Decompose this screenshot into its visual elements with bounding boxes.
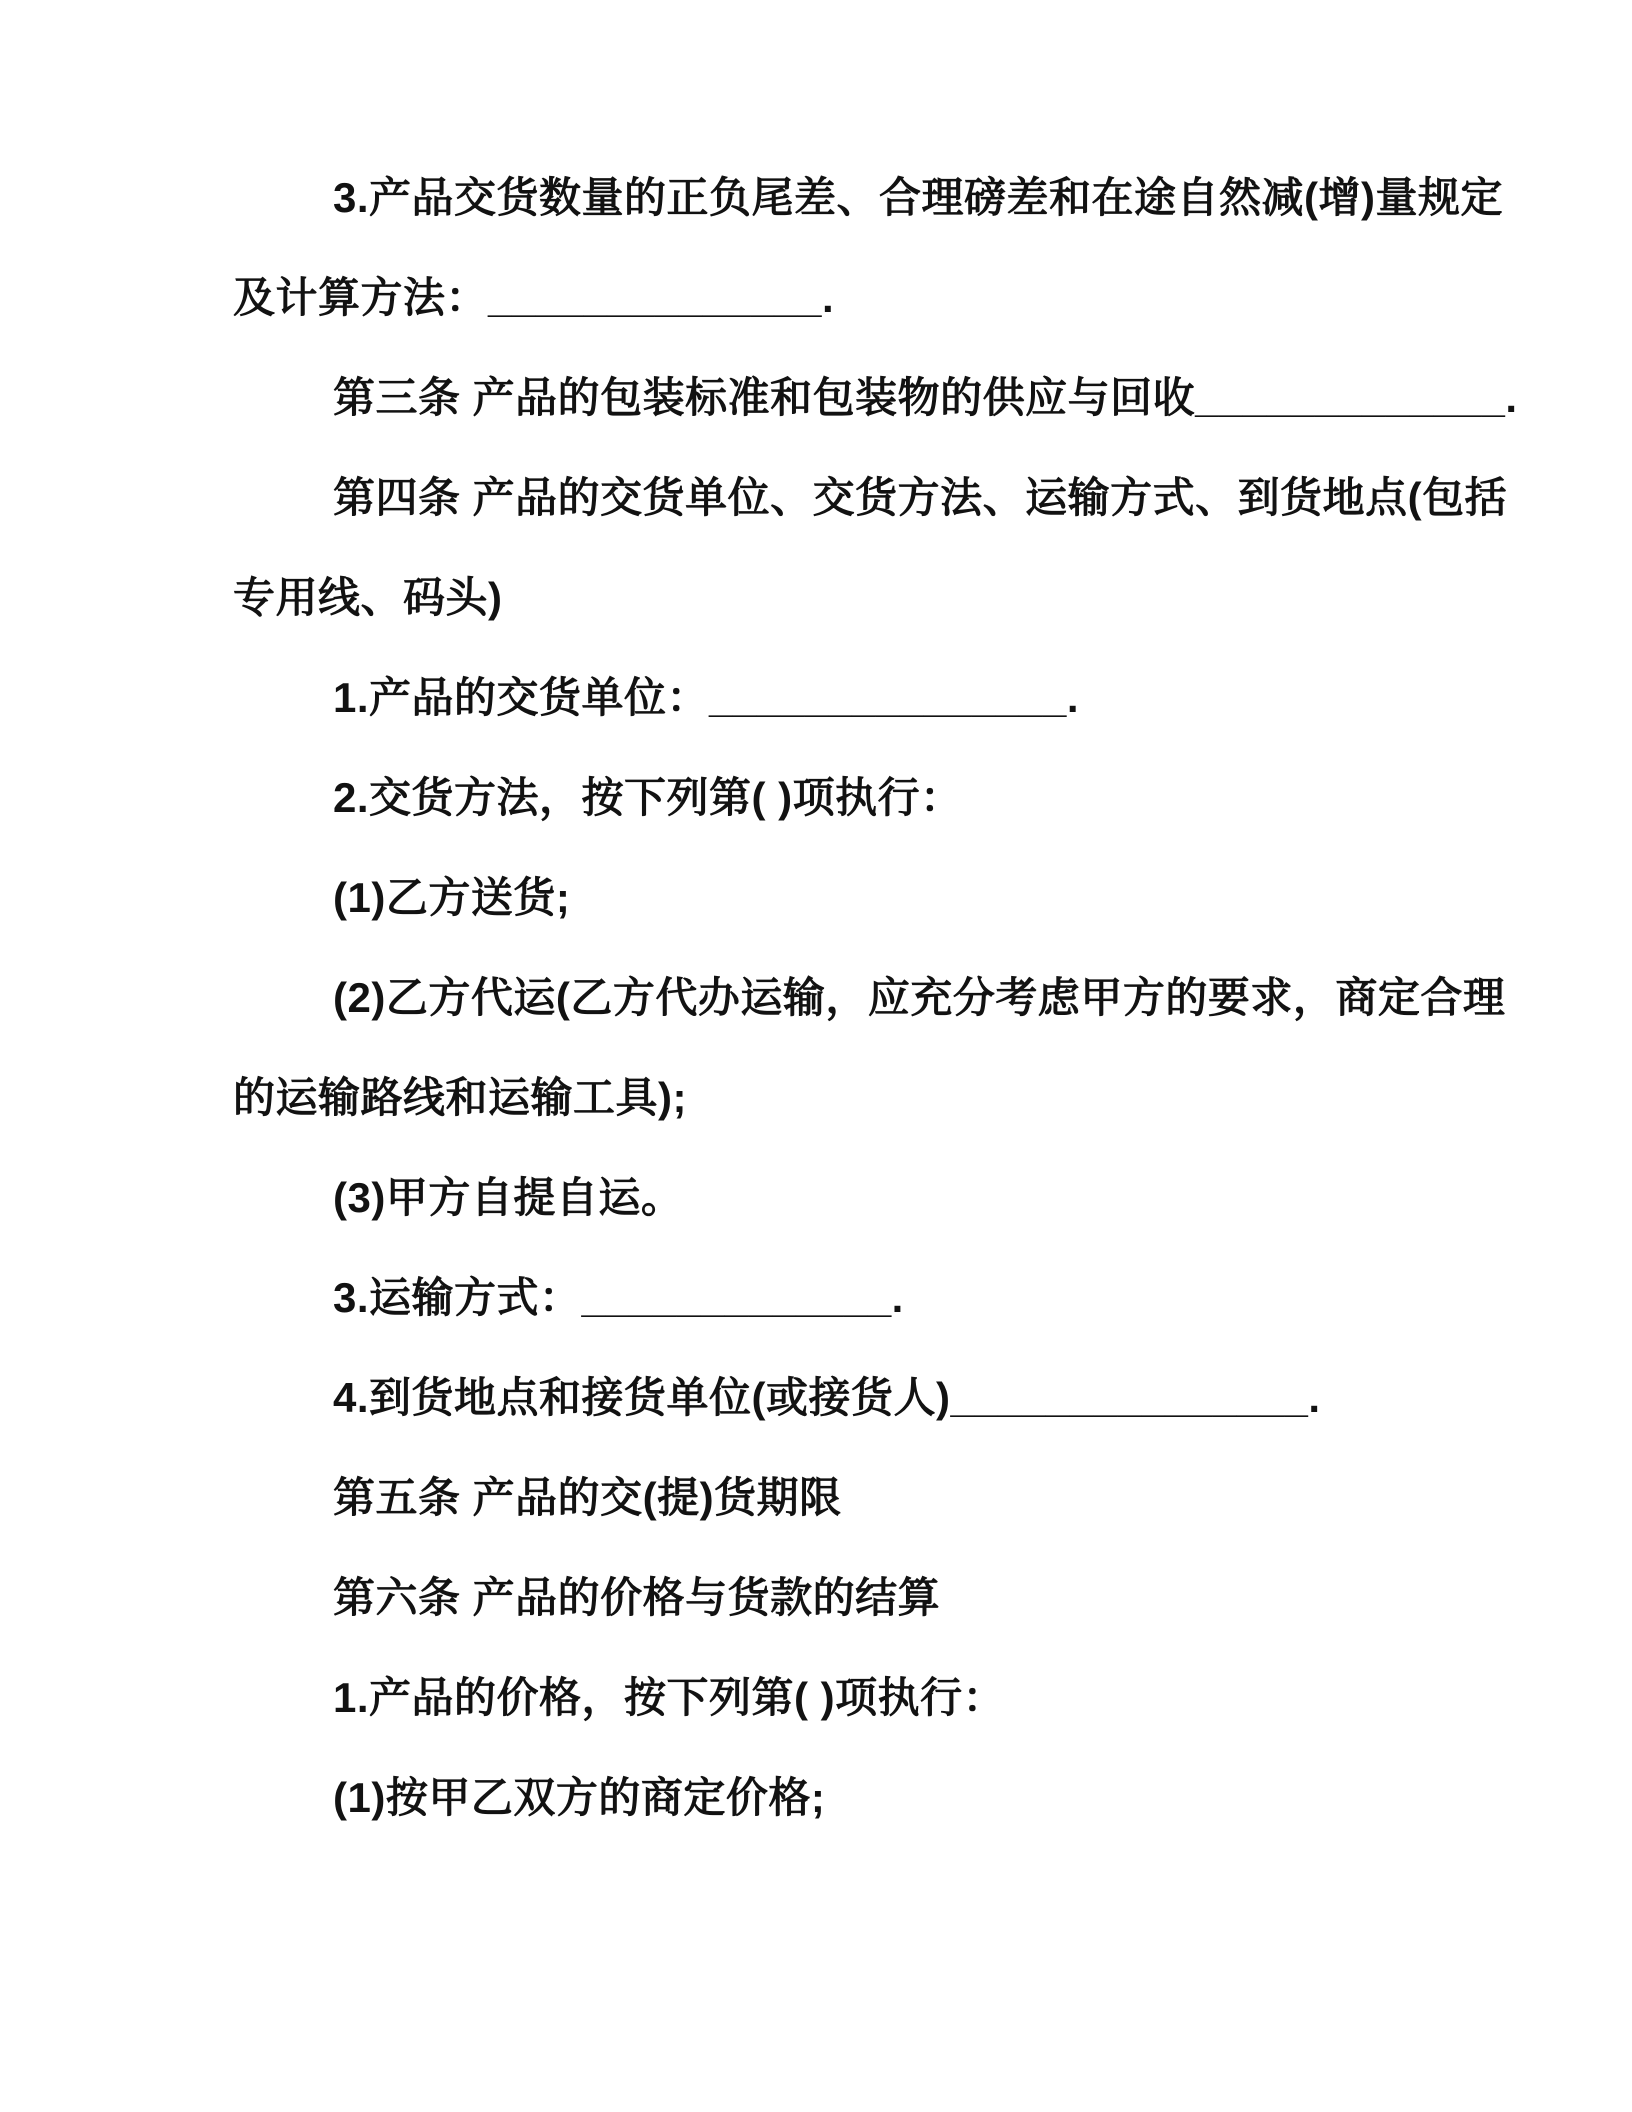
clause-4-item4-arrival-place-blank: 4.到货地点和接货单位(或接货人)_______________.: [233, 1348, 1462, 1448]
clause-tail-quantity-tolerance-line2-blank: 及计算方法：______________.: [233, 248, 1462, 348]
clause-4-item3-transport-mode-blank: 3.运输方式：_____________.: [233, 1248, 1462, 1348]
document-page: 3.产品交货数量的正负尾差、合理磅差和在途自然减(增)量规定 及计算方法：___…: [0, 0, 1632, 2112]
clause-6-item1-price-method: 1.产品的价格，按下列第( )项执行：: [233, 1648, 1462, 1748]
clause-4-delivery-heading-line2: 专用线、码头): [233, 548, 1462, 648]
clause-4-item1-delivery-unit-blank: 1.产品的交货单位：_______________.: [233, 648, 1462, 748]
clause-3-packaging-blank: 第三条 产品的包装标准和包装物的供应与回收_____________.: [233, 348, 1462, 448]
clause-6-item1-option1: (1)按甲乙双方的商定价格;: [233, 1748, 1462, 1848]
clause-4-item2-option2-line2: 的运输路线和运输工具);: [233, 1048, 1462, 1148]
clause-4-delivery-heading-line1: 第四条 产品的交货单位、交货方法、运输方式、到货地点(包括: [233, 448, 1462, 548]
clause-5-delivery-deadline-heading: 第五条 产品的交(提)货期限: [233, 1448, 1462, 1548]
clause-6-price-settlement-heading: 第六条 产品的价格与货款的结算: [233, 1548, 1462, 1648]
contract-text-block: 3.产品交货数量的正负尾差、合理磅差和在途自然减(增)量规定 及计算方法：___…: [233, 148, 1462, 1848]
clause-tail-quantity-tolerance-line1: 3.产品交货数量的正负尾差、合理磅差和在途自然减(增)量规定: [233, 148, 1462, 248]
clause-4-item2-option1: (1)乙方送货;: [233, 848, 1462, 948]
clause-4-item2-option2-line1: (2)乙方代运(乙方代办运输，应充分考虑甲方的要求，商定合理: [233, 948, 1462, 1048]
clause-4-item2-delivery-method: 2.交货方法，按下列第( )项执行：: [233, 748, 1462, 848]
clause-4-item2-option3: (3)甲方自提自运。: [233, 1148, 1462, 1248]
